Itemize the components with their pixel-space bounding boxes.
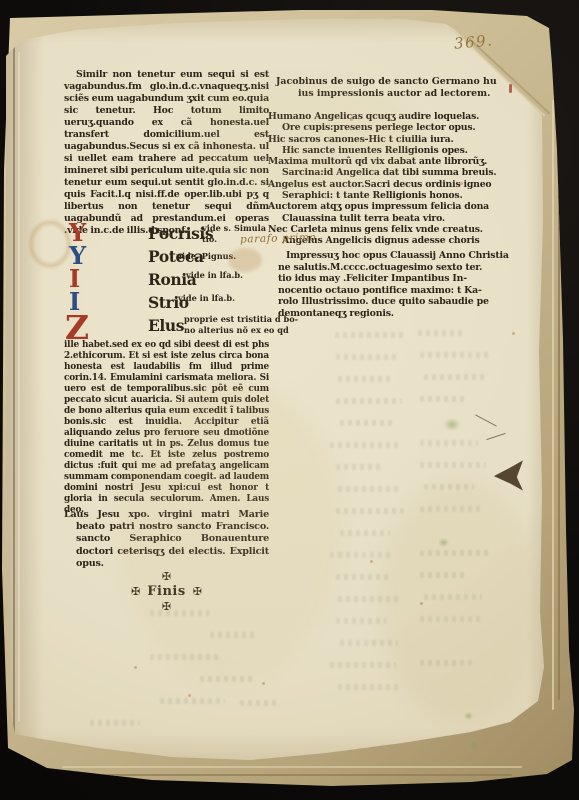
- blob-stain: [228, 248, 262, 272]
- showthrough-line: [335, 332, 405, 338]
- showthrough-line: [424, 594, 482, 600]
- ring-stain: [22, 212, 78, 276]
- showthrough-line: [420, 660, 472, 666]
- showthrough-line: [340, 420, 396, 426]
- showthrough-line: [338, 684, 398, 690]
- showthrough-line: [336, 508, 404, 514]
- entry-word: Elus: [148, 318, 184, 334]
- index-entry: Y Pocrisis vide s. Simula tio.: [64, 225, 269, 248]
- index-entries: Y Pocrisis vide s. Simula tio. Y Poteca …: [64, 225, 269, 341]
- index-entry: Z Elus proprie est tristitia d bo- no al…: [64, 317, 269, 341]
- showthrough-line: [330, 442, 400, 448]
- verse-line: Clauassina tulit terra beata viro.: [268, 213, 520, 224]
- showthrough-line: [420, 506, 480, 512]
- foxing-dot: [420, 602, 423, 605]
- showthrough-line: [340, 530, 390, 536]
- showthrough-line: [150, 610, 210, 616]
- green-stain: [470, 742, 478, 749]
- mottle-stain: [180, 80, 420, 200]
- entry-note: vide in lfa.b.: [178, 293, 235, 304]
- showthrough-line: [330, 662, 396, 668]
- colophon-line: rolo Illustrissimo. duce quito sabaudie …: [278, 296, 518, 308]
- gutter-fold: [13, 46, 15, 736]
- index-entry: I Ronia vide in lfa.b.: [64, 271, 269, 294]
- showthrough-line: [336, 464, 384, 470]
- photo-background: Similr non tenetur eum sequi si est vaga…: [0, 0, 579, 800]
- showthrough-line: [420, 462, 486, 468]
- colophon-line: nocentio octauo pontifice maximo: t Ka-: [278, 285, 518, 297]
- showthrough-line: [200, 676, 255, 682]
- showthrough-line: [340, 640, 398, 646]
- showthrough-line: [420, 440, 478, 446]
- foxing-dot: [95, 132, 98, 135]
- edge-shadow: [558, 120, 560, 700]
- colophon-line: Impressuʒ hoc opus Clauassij Anno Christ…: [278, 250, 518, 262]
- gutter-fold-highlight: [18, 52, 20, 722]
- showthrough-line: [336, 618, 386, 624]
- showthrough-line: [338, 376, 390, 382]
- colophon: Impressuʒ hoc opus Clauassij Anno Christ…: [268, 250, 518, 319]
- showthrough-line: [424, 374, 484, 380]
- edge-highlight: [552, 100, 554, 710]
- showthrough-line: [336, 398, 402, 404]
- showthrough-line: [338, 596, 400, 602]
- foxing-dot: [188, 694, 191, 697]
- mottle-stain: [380, 480, 540, 720]
- foxing-dot: [460, 182, 463, 185]
- red-ink-speck: [509, 84, 512, 93]
- showthrough-line: [330, 552, 394, 558]
- showthrough-line: [336, 354, 396, 360]
- showthrough-line: [420, 352, 492, 358]
- entry-note-line: vide s. Simula: [202, 223, 266, 233]
- colophon-line: demontaneqʒ regionis.: [278, 308, 518, 320]
- entry-note-line: no alterius nõ ex eo qd: [184, 325, 289, 335]
- showthrough-line: [160, 698, 225, 704]
- showthrough-line: [150, 654, 220, 660]
- entry-note-line: tio.: [202, 234, 217, 244]
- showthrough-line: [420, 572, 468, 578]
- edge-highlight: [62, 766, 522, 768]
- showthrough-line: [420, 550, 490, 556]
- entry-initial: Z: [65, 313, 89, 343]
- foxing-dot: [350, 118, 353, 121]
- edge-shadow: [82, 774, 512, 776]
- foxing-dot: [512, 332, 515, 335]
- colophon-line: tio idus may .Feliciter Impantibus In-: [278, 273, 518, 285]
- showthrough-line: [240, 700, 280, 706]
- green-stain: [438, 538, 449, 547]
- showthrough-line: [420, 396, 464, 402]
- showthrough-line: [418, 330, 466, 336]
- showthrough-line: [420, 616, 484, 622]
- showthrough-line: [90, 720, 140, 726]
- showthrough-line: [210, 632, 258, 638]
- foxing-dot: [262, 682, 265, 685]
- verse-line: Auctorem atqʒ opus impressum felicia don…: [268, 201, 520, 212]
- foxing-dot: [370, 560, 373, 563]
- green-stain: [444, 418, 460, 431]
- colophon-line: ne salutis.M.cccc.octuagesimo sexto ter.: [278, 262, 518, 274]
- foxing-dot: [134, 666, 137, 669]
- showthrough-line: [424, 484, 474, 490]
- green-stain: [464, 712, 473, 720]
- showthrough-line: [338, 486, 398, 492]
- showthrough-line: [336, 574, 392, 580]
- entry-note: vide in lfa.b.: [186, 270, 243, 281]
- folio-number: 369.: [453, 31, 494, 52]
